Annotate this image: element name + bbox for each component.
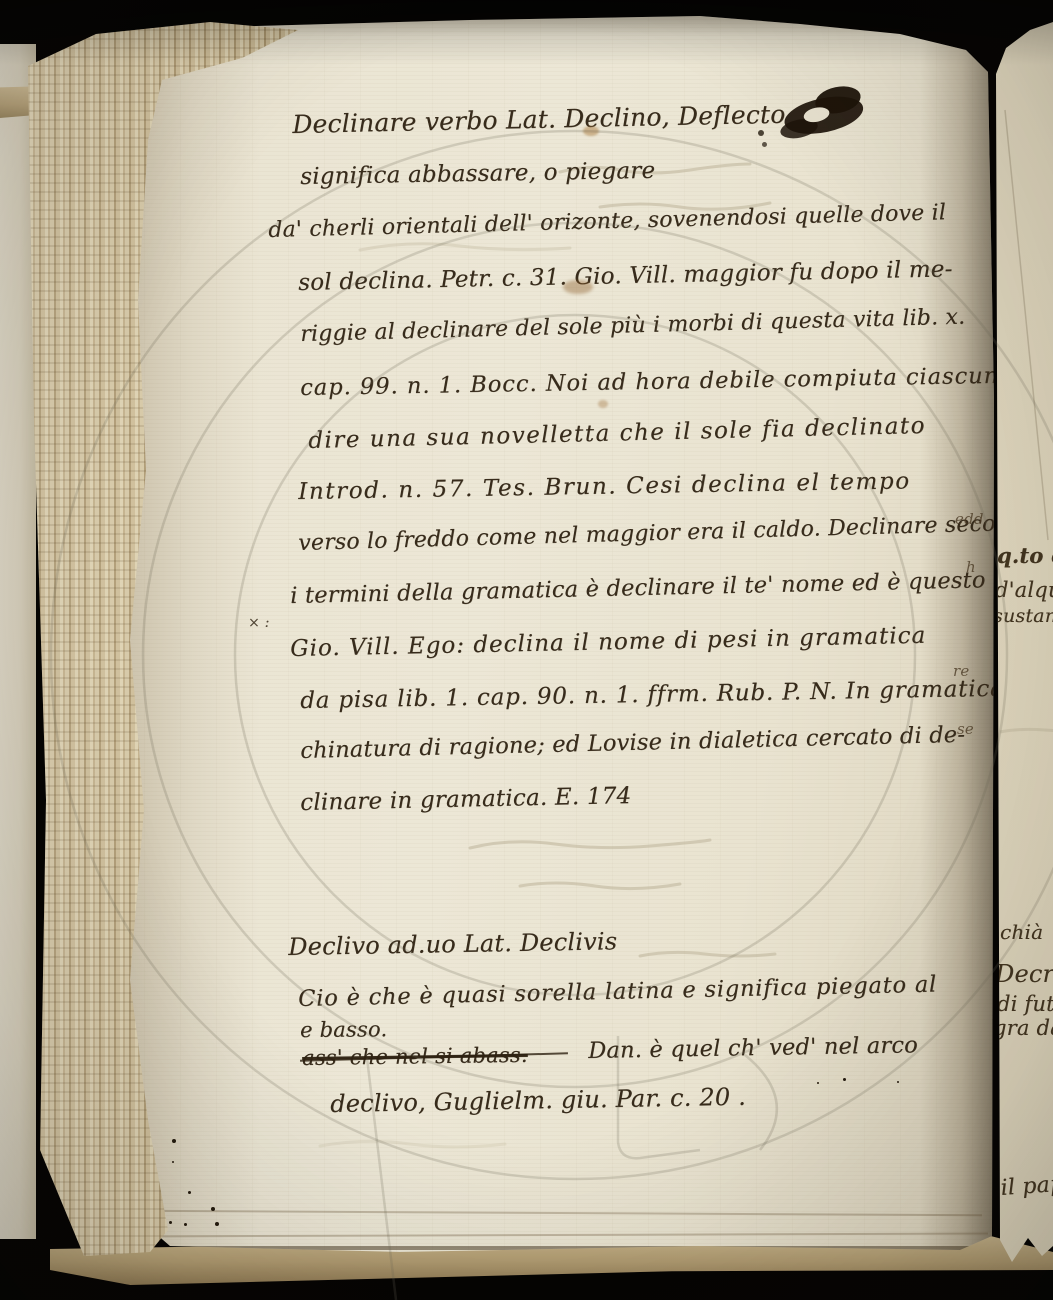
handwritten-line: dire una sua novelletta che il sole fia … [308, 415, 926, 453]
cutoff-line: chià [1000, 922, 1043, 942]
handwritten-line: cap. 99. n. 1. Bocc. Noi ad hora debile … [300, 364, 1046, 400]
ink-speck [184, 1223, 187, 1226]
handwritten-line: clinare in gramatica. E. 174 [300, 785, 632, 815]
gutter-text-fragment: h [966, 560, 976, 575]
ink-speck [843, 1078, 846, 1081]
handwritten-line: Introd. n. 57. Tes. Brun. Cesi declina e… [298, 470, 911, 504]
struck-through-text: ass' che nel si abass. [302, 1045, 528, 1069]
photo-of-open-manuscript-book: Declinare verbo Lat. Declino, Deflecto s… [0, 0, 1053, 1300]
cutoff-line: q.to ch [997, 545, 1053, 566]
page-crease [128, 1232, 988, 1237]
ink-speck [762, 142, 767, 147]
ink-speck [817, 1082, 819, 1084]
handwritten-line: verso lo freddo come nel maggior era il … [298, 512, 1038, 555]
handwritten-line: Declinare verbo Lat. Declino, Deflecto [292, 102, 786, 137]
cutoff-line: di futt [997, 994, 1053, 1015]
cutoff-line: il pap [1000, 1174, 1053, 1200]
handwritten-line: Cio è che è quasi sorella latina e signi… [298, 974, 937, 1011]
manuscript-recto-page: Declinare verbo Lat. Declino, Deflecto s… [0, 0, 1053, 1300]
ink-speck [215, 1222, 219, 1226]
stain [598, 400, 608, 408]
gutter-text-fragment: re [953, 664, 969, 679]
book-cover-board [0, 44, 36, 1239]
handwritten-line: e basso. [300, 1019, 387, 1041]
cutoff-line: sustan [993, 607, 1053, 626]
handwritten-line: riggie al declinare del sole più i morbi… [300, 307, 966, 346]
cutoff-line: Decre [995, 962, 1053, 986]
ink-speck [897, 1081, 899, 1083]
handwritten-line: i termini della gramatica è declinare il… [290, 569, 986, 607]
handwritten-line: significa abbassare, o piegare [300, 160, 655, 189]
ink-speck [211, 1207, 215, 1211]
handwritten-line: declivo, Guglielm. giu. Par. c. 20 . [330, 1085, 746, 1116]
handwritten-line: da' cherli orientali dell' orizonte, sov… [268, 202, 946, 242]
page-crease [132, 1210, 982, 1216]
cutoff-line: d'alqu [995, 580, 1053, 601]
handwritten-line: da pisa lib. 1. cap. 90. n. 1. ffrm. Rub… [300, 678, 1005, 713]
handwritten-line: Dan. è quel ch' ved' nel arco [588, 1034, 918, 1062]
ink-speck [188, 1191, 191, 1194]
handwritten-heading: Declivo ad.uo Lat. Declivis [288, 929, 617, 959]
margin-mark: × : [248, 616, 270, 630]
gutter-text-fragment: edd [955, 512, 984, 527]
ink-speck [172, 1161, 174, 1163]
handwritten-line: chinatura di ragione; ed Lovise in diale… [300, 724, 965, 763]
ink-blot [773, 79, 877, 153]
cutoff-line: gra da [993, 1018, 1053, 1039]
handwritten-line: sol declina. Petr. c. 31. Gio. Vill. mag… [298, 258, 953, 295]
gutter-text-fragment: se [957, 722, 974, 737]
ink-speck [758, 130, 764, 136]
ink-speck [169, 1221, 172, 1224]
page-shading-gutter [920, 0, 996, 1300]
ink-speck [172, 1139, 176, 1143]
handwritten-line: Gio. Vill. Ego: declina il nome di pesi … [290, 625, 926, 661]
